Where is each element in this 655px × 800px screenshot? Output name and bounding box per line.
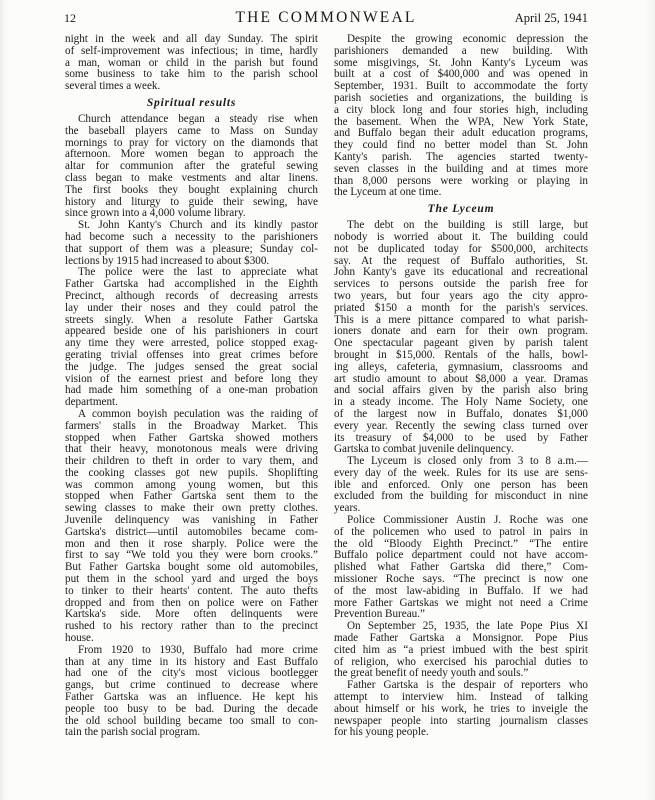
- text-line: the Lyceum at one time.: [334, 187, 588, 199]
- text-line: the cooking classes got new pupils. Shop…: [65, 468, 318, 480]
- article-paragraph: St. John Kanty's Church and its kindly p…: [65, 220, 318, 267]
- text-line: for his young people.: [334, 727, 588, 739]
- text-line: nobody is worried about it. The building…: [334, 232, 588, 244]
- section-heading: The Lyceum: [334, 203, 588, 216]
- text-line: of the most law-abiding in Buffalo. If w…: [334, 586, 588, 598]
- text-line: Gartska's district—until automobiles bec…: [65, 527, 318, 539]
- text-line: priated $150 a month for the parish's se…: [334, 303, 588, 315]
- article-paragraph: On September 25, 1935, the late Pope Piu…: [334, 621, 588, 680]
- text-line: not be duplicated today for $500,000, ar…: [334, 244, 588, 256]
- text-line: Church attendance began a steady rise wh…: [65, 114, 318, 126]
- text-line: that support of them was a pleasure; Sun…: [65, 244, 318, 256]
- text-line: parishioners demanded a new building. Wi…: [334, 46, 588, 58]
- text-line: had become such a necessity to the paris…: [65, 232, 318, 244]
- article-paragraph: The Lyceum is closed only from 3 to 8 a.…: [334, 456, 588, 515]
- text-line: Kanty's parish. The agencies started twe…: [334, 152, 588, 164]
- text-line: lay under their noses and they could pat…: [65, 303, 318, 315]
- article-paragraph: The debt on the building is still large,…: [334, 220, 588, 456]
- text-line: gerating trivial offenses into great cri…: [65, 350, 318, 362]
- text-line: brought in $15,000. Rentals of the halls…: [334, 350, 588, 362]
- issue-date: April 25, 1941: [515, 11, 588, 26]
- article-paragraph: night in the week and all day Sunday. Th…: [65, 34, 318, 93]
- text-line: people too busy to be bad. During the de…: [65, 704, 318, 716]
- publication-title: THE COMMONWEAL: [64, 9, 588, 27]
- text-line: Precinct, although records of decreasing…: [65, 291, 318, 303]
- text-line: ing alleys, cafeteria, gymnasium, classr…: [334, 362, 588, 374]
- text-line: several times a week.: [65, 81, 318, 93]
- article-paragraph: The police were the last to appreciate w…: [65, 267, 318, 409]
- text-line: of self-improvement was infectious; in t…: [65, 46, 318, 58]
- text-line: a city block long and four stories high,…: [334, 105, 588, 117]
- text-line: rushed to his rectory rather than to the…: [65, 621, 318, 633]
- article-paragraph: Despite the growing economic depression …: [334, 34, 588, 199]
- text-line: farmers' stalls in the Broadway Market. …: [65, 421, 318, 433]
- text-line: The first books they bought explaining c…: [65, 185, 318, 197]
- text-line: to tinker to their hearts' content. The …: [65, 586, 318, 598]
- text-line: about himself or his work, he tries to i…: [334, 704, 588, 716]
- magazine-page: 12 THE COMMONWEAL April 25, 1941 night i…: [0, 0, 655, 800]
- text-line: cited him as “a priest imbued with the b…: [334, 645, 588, 657]
- text-line: of the policemen who used to patrol in p…: [334, 527, 588, 539]
- text-line: seven classes in the building and at tim…: [334, 164, 588, 176]
- article-paragraph: A common boyish peculation was the raidi…: [65, 409, 318, 645]
- text-line: the baseball players came to Mass on Sun…: [65, 126, 318, 138]
- text-line: every year. Recently the sewing class tu…: [334, 421, 588, 433]
- text-line: the judge. The judges sensed the great s…: [65, 362, 318, 374]
- article-paragraph: Police Commissioner Austin J. Roche was …: [334, 515, 588, 621]
- text-line: tain the parish social program.: [65, 727, 318, 739]
- text-line: parish societies and organizations, the …: [334, 93, 588, 105]
- left-column: night in the week and all day Sunday. Th…: [65, 34, 318, 739]
- article-paragraph: Father Gartska is the despair of reporte…: [334, 680, 588, 739]
- text-line: A common boyish peculation was the raidi…: [65, 409, 318, 421]
- page-header: 12 THE COMMONWEAL April 25, 1941: [64, 8, 588, 26]
- text-line: From 1920 to 1930, Buffalo had more crim…: [65, 645, 318, 657]
- article-paragraph: Church attendance began a steady rise wh…: [65, 114, 318, 220]
- text-line: class began to make vestments and altar …: [65, 173, 318, 185]
- text-line: excluded from the building for misconduc…: [334, 491, 588, 503]
- right-column: Despite the growing economic depression …: [334, 34, 588, 739]
- section-heading: Spiritual results: [65, 97, 318, 110]
- text-line: every day of the week. Rules for its use…: [334, 468, 588, 480]
- text-line: of the largest now in Buffalo, donates $…: [334, 409, 588, 421]
- article-paragraph: From 1920 to 1930, Buffalo had more crim…: [65, 645, 318, 739]
- text-line: two years, but four years ago the city a…: [334, 291, 588, 303]
